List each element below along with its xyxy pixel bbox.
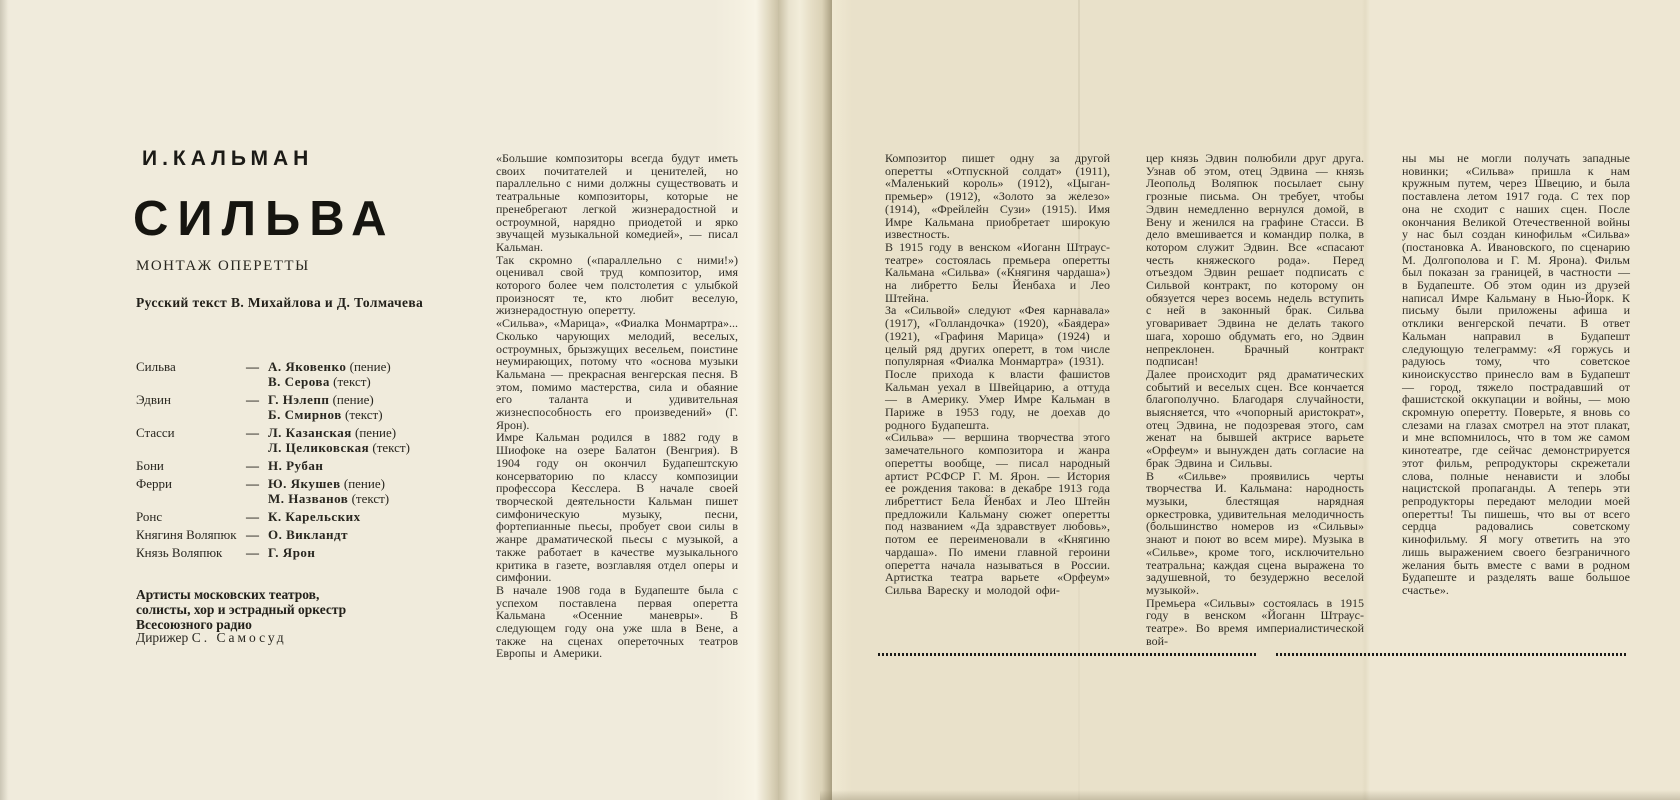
composer-name: И.КАЛЬМАН: [142, 147, 313, 171]
ensemble-line: Артисты московских театров,: [136, 587, 346, 602]
role-label: Князь Воляпюк: [136, 545, 246, 560]
conductor-label: Дирижер: [136, 630, 188, 645]
album-subtitle: МОНТАЖ ОПЕРЕТТЫ: [136, 258, 310, 275]
performer-names: Г. Нэлепп (пение) Б. Смирнов (текст): [268, 392, 476, 422]
role-label: Ферри: [136, 476, 246, 491]
cast-list: Сильва — А. Яковенко (пение) В. Серова (…: [136, 359, 476, 563]
record-insert-scan: И.КАЛЬМАН СИЛЬВА МОНТАЖ ОПЕРЕТТЫ Русский…: [0, 0, 1680, 800]
conductor-line: Дирижер С. Самосуд: [136, 630, 287, 646]
cast-row: Эдвин — Г. Нэлепп (пение) Б. Смирнов (те…: [136, 392, 476, 422]
performer-names: Н. Рубан: [268, 458, 476, 473]
performer-name: О. Викландт: [268, 527, 348, 542]
ensemble-note: Артисты московских театров, солисты, хор…: [136, 587, 346, 632]
role-label: Стасси: [136, 425, 246, 440]
dash-separator: —: [246, 458, 268, 473]
dash-separator: —: [246, 527, 268, 542]
performer-name: Л. Казанская: [268, 425, 352, 440]
performer-names: Ю. Якушев (пение) М. Названов (текст): [268, 476, 476, 506]
performer-note: (пение): [333, 392, 374, 407]
conductor-name: С. Самосуд: [192, 630, 287, 645]
paragraph: цер князь Эдвин полюбили друг друга. Узн…: [1146, 152, 1364, 368]
ensemble-line: солисты, хор и эстрадный оркестр: [136, 602, 346, 617]
credit-line: Русский текст В. Михайлова и Д. Толмачев…: [136, 295, 423, 311]
paragraph: В 1915 году в венском «Иоганн Штраус-теа…: [885, 241, 1110, 305]
performer-note: (текст): [372, 440, 410, 455]
paragraph: В «Сильве» проявились черты творчества И…: [1146, 470, 1364, 597]
paragraph: За «Сильвой» следуют «Фея карнавала» (19…: [885, 304, 1110, 368]
stitched-divider: [1276, 653, 1628, 656]
cast-row: Ферри — Ю. Якушев (пение) М. Названов (т…: [136, 476, 476, 506]
performer-name: Л. Целиковская: [268, 440, 369, 455]
paragraph: Так скромно («параллельно с ними!») оцен…: [496, 254, 738, 318]
text-column-4: ны мы не могли получать западные новинки…: [1402, 152, 1630, 597]
paragraph: Имре Кальман родился в 1882 году в Шиофо…: [496, 431, 738, 583]
performer-names: Г. Ярон: [268, 545, 476, 560]
paragraph: Далее происходит ряд драматических событ…: [1146, 368, 1364, 470]
performer-note: (текст): [345, 407, 383, 422]
role-label: Княгиня Воляпюк: [136, 527, 246, 542]
cast-row: Князь Воляпюк — Г. Ярон: [136, 545, 476, 560]
performer-note: (текст): [352, 491, 390, 506]
paragraph: Композитор пишет одну за другой оперетты…: [885, 152, 1110, 241]
performer-names: Л. Казанская (пение) Л. Целиковская (тек…: [268, 425, 476, 455]
text-column-2: Композитор пишет одну за другой оперетты…: [885, 152, 1110, 597]
performer-note: (пение): [355, 425, 396, 440]
performer-name: Г. Нэлепп: [268, 392, 329, 407]
cast-row: Княгиня Воляпюк — О. Викландт: [136, 527, 476, 542]
paragraph: ны мы не могли получать западные новинки…: [1402, 152, 1630, 597]
performer-names: К. Карельских: [268, 509, 476, 524]
cast-row: Бони — Н. Рубан: [136, 458, 476, 473]
scan-edge-shadow: [0, 0, 8, 800]
role-label: Бони: [136, 458, 246, 473]
dash-separator: —: [246, 476, 268, 491]
performer-note: (пение): [344, 476, 385, 491]
text-column-3: цер князь Эдвин полюбили друг друга. Узн…: [1146, 152, 1364, 647]
dash-separator: —: [246, 509, 268, 524]
scan-edge-shadow: [820, 790, 1680, 800]
performer-name: Н. Рубан: [268, 458, 323, 473]
album-title: СИЛЬВА: [133, 191, 396, 247]
stitched-divider: [878, 653, 1258, 656]
paragraph: После прихода к власти фашистов Кальман …: [885, 368, 1110, 432]
performer-note: (пение): [350, 359, 391, 374]
performer-name: М. Названов: [268, 491, 348, 506]
performer-name: Ю. Якушев: [268, 476, 341, 491]
role-label: Ронс: [136, 509, 246, 524]
gatefold-seam: [778, 0, 832, 800]
performer-name: Г. Ярон: [268, 545, 315, 560]
dash-separator: —: [246, 425, 268, 440]
performer-note: (текст): [333, 374, 371, 389]
paragraph: «Большие композиторы всегда будут иметь …: [496, 152, 738, 254]
cast-row: Сильва — А. Яковенко (пение) В. Серова (…: [136, 359, 476, 389]
paragraph: Премьера «Сильвы» состоялась в 1915 году…: [1146, 597, 1364, 648]
performer-name: Б. Смирнов: [268, 407, 342, 422]
role-label: Сильва: [136, 359, 246, 374]
dash-separator: —: [246, 359, 268, 374]
performer-name: К. Карельских: [268, 509, 361, 524]
role-label: Эдвин: [136, 392, 246, 407]
dash-separator: —: [246, 392, 268, 407]
text-column-1: «Большие композиторы всегда будут иметь …: [496, 152, 738, 660]
dash-separator: —: [246, 545, 268, 560]
performer-names: А. Яковенко (пение) В. Серова (текст): [268, 359, 476, 389]
performer-name: А. Яковенко: [268, 359, 346, 374]
cast-row: Ронс — К. Карельских: [136, 509, 476, 524]
cast-row: Стасси — Л. Казанская (пение) Л. Целиков…: [136, 425, 476, 455]
performer-name: В. Серова: [268, 374, 330, 389]
performer-names: О. Викландт: [268, 527, 476, 542]
paragraph: «Сильва», «Марица», «Фиалка Монмартра»..…: [496, 317, 738, 431]
paragraph: В начале 1908 года в Будапеште была с ус…: [496, 584, 738, 660]
paragraph: «Сильва» — вершина творчества этого заме…: [885, 431, 1110, 596]
